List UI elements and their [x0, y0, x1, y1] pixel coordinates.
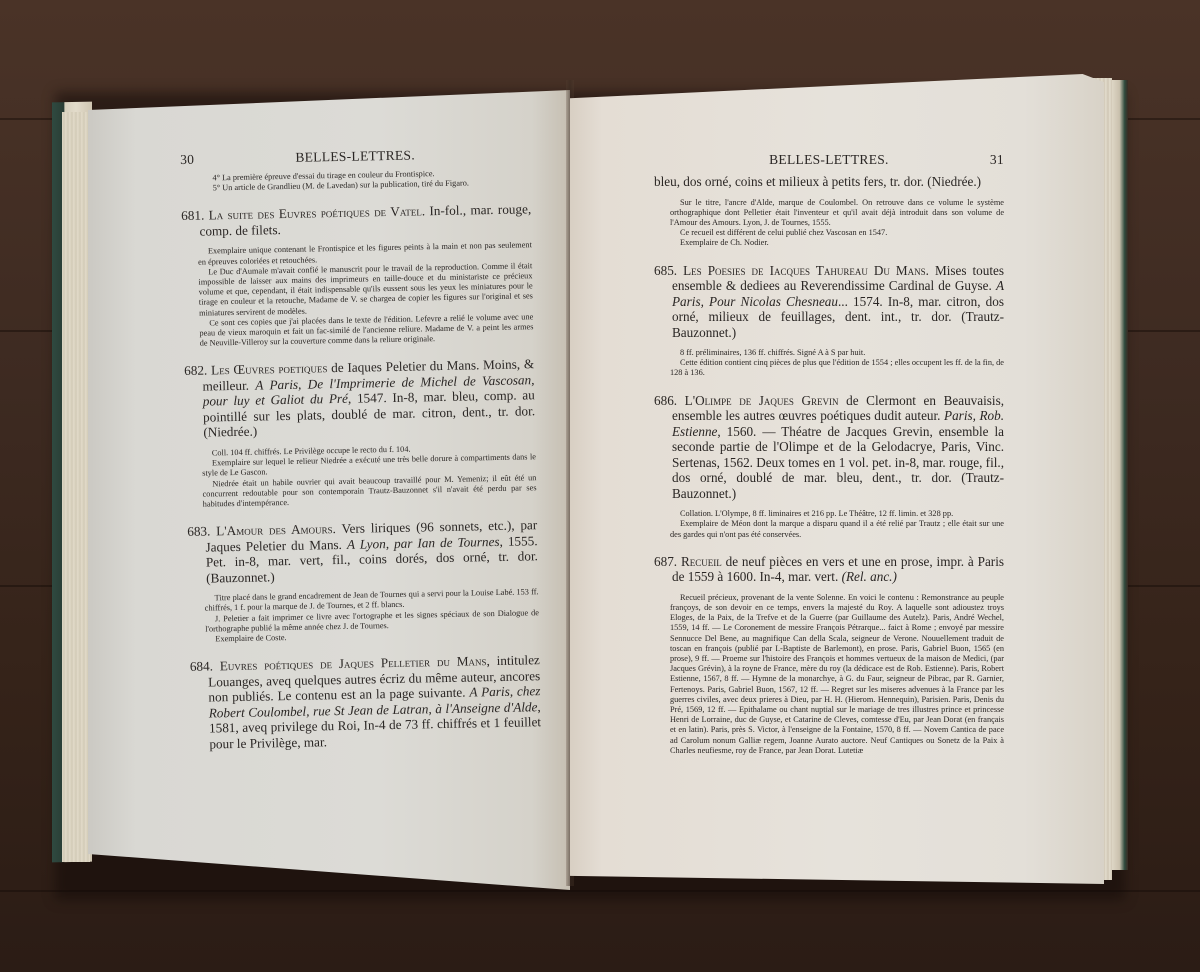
catalogue-entry-686: 686. L'Olimpe de Jaques Grevin de Clermo… — [654, 393, 1004, 540]
entry-title-smallcaps: La suite des Euvres poétiques de Vatel. — [209, 204, 426, 223]
catalogue-entry-685: 685. Les Poesies de Iacques Tahureau Du … — [654, 263, 1004, 379]
entry-title-smallcaps: Recueil — [681, 554, 722, 569]
note-paragraph: Sur le titre, l'ancre d'Alde, marque de … — [670, 198, 1004, 229]
continuation-notes: Sur le titre, l'ancre d'Alde, marque de … — [654, 198, 1004, 249]
page-number: 30 — [180, 152, 194, 168]
entry-notes: Collation. L'Olympe, 8 ff. liminaires et… — [654, 509, 1004, 540]
entry-number: 683. — [187, 524, 210, 539]
note-paragraph: Exemplaire de Méon dont la marque a disp… — [670, 519, 1004, 539]
entry-title: 686. L'Olimpe de Jaques Grevin de Clermo… — [654, 393, 1004, 502]
running-head-title: BELLES-LETTRES. — [295, 147, 415, 165]
note-paragraph: Le Duc d'Aumale m'avait confié le manusc… — [198, 261, 533, 318]
catalogue-entry-687: 687. Recueil de neuf pièces en vers et u… — [654, 554, 1004, 756]
entry-number: 687. — [654, 554, 677, 569]
note-paragraph: Cette édition contient cinq pièces de pl… — [670, 358, 1004, 378]
entry-title: 685. Les Poesies de Iacques Tahureau Du … — [654, 263, 1004, 341]
entry-notes: Titre placé dans le grand encadrement de… — [188, 587, 539, 645]
note-paragraph: Exemplaire de Ch. Nodier. — [670, 238, 1004, 248]
entry-title: 681. La suite des Euvres poétiques de Va… — [181, 202, 532, 240]
entry-number: 685. — [654, 263, 677, 278]
running-head-title: BELLES-LETTRES. — [769, 152, 889, 168]
entry-number: 686. — [654, 393, 677, 408]
entry-title-smallcaps: Les Œuvres poetiques — [211, 361, 328, 378]
left-page: 30 BELLES-LETTRES. 4° La première épreuv… — [88, 90, 570, 890]
entry-title: 687. Recueil de neuf pièces en vers et u… — [654, 554, 1004, 585]
entry-notes: Coll. 104 ff. chiffrés. Le Privilège occ… — [186, 442, 537, 510]
page-edges-left — [62, 112, 90, 862]
note-paragraph: 8 ff. préliminaires, 136 ff. chiffrés. S… — [670, 348, 1004, 358]
catalogue-entry-681: 681. La suite des Euvres poétiques de Va… — [181, 202, 534, 350]
note-paragraph: Collation. L'Olympe, 8 ff. liminaires et… — [670, 509, 1004, 519]
entry-title: 682. Les Œuvres poetiques de Iaques Pele… — [184, 357, 535, 441]
right-page: BELLES-LETTRES. 31 bleu, dos orné, coins… — [570, 74, 1104, 884]
running-head-left: 30 BELLES-LETTRES. — [180, 145, 530, 168]
entry-notes: Recueil précieux, provenant de la vente … — [654, 593, 1004, 756]
entry-title: 683. L'Amour des Amours. Vers liriques (… — [187, 517, 538, 586]
entry-continuation: bleu, dos orné, coins et milieux à petit… — [654, 174, 1004, 190]
entry-title-rest: de neuf pièces en vers et une en prose, … — [672, 554, 1004, 585]
page-number: 31 — [990, 152, 1004, 168]
catalogue-entry-682: 682. Les Œuvres poetiques de Iaques Pele… — [184, 357, 537, 510]
catalogue-entry-684: 684. Euvres poétiques de Jaques Pelletie… — [190, 652, 542, 752]
note-paragraph: Niedrée était un habile ouvrier qui avai… — [202, 473, 537, 510]
intro-notes: 4° La première épreuve d'essai du tirage… — [180, 167, 530, 194]
right-page-content: BELLES-LETTRES. 31 bleu, dos orné, coins… — [654, 152, 1004, 756]
entry-number: 682. — [184, 363, 207, 378]
entry-notes: Exemplaire unique contenant le Frontispi… — [182, 241, 534, 350]
note-paragraph: Recueil précieux, provenant de la vente … — [670, 593, 1004, 756]
running-head-right: BELLES-LETTRES. 31 — [654, 152, 1004, 168]
entry-title: 684. Euvres poétiques de Jaques Pelletie… — [190, 652, 542, 752]
entry-imprint: (Rel. anc.) — [842, 569, 897, 584]
entry-title-tail: , 1560. — Théatre de Jacques Grevin, ens… — [672, 424, 1004, 501]
catalogue-entry-683: 683. L'Amour des Amours. Vers liriques (… — [187, 517, 539, 645]
entry-title-smallcaps: Les Poesies de Iacques Tahureau Du Mans. — [683, 263, 929, 278]
entry-number: 681. — [181, 208, 204, 223]
entry-title-smallcaps: L'Olimpe de Jaques Grevin — [685, 393, 839, 408]
entry-notes: 8 ff. préliminaires, 136 ff. chiffrés. S… — [654, 348, 1004, 379]
left-page-content: 30 BELLES-LETTRES. 4° La première épreuv… — [180, 145, 541, 752]
note-paragraph: Ce sont ces copies que j'ai placées dans… — [199, 312, 534, 349]
entry-title-smallcaps: L'Amour des Amours. — [216, 521, 336, 538]
note-paragraph: Ce recueil est différent de celui publié… — [670, 228, 1004, 238]
entry-number: 684. — [190, 659, 213, 674]
